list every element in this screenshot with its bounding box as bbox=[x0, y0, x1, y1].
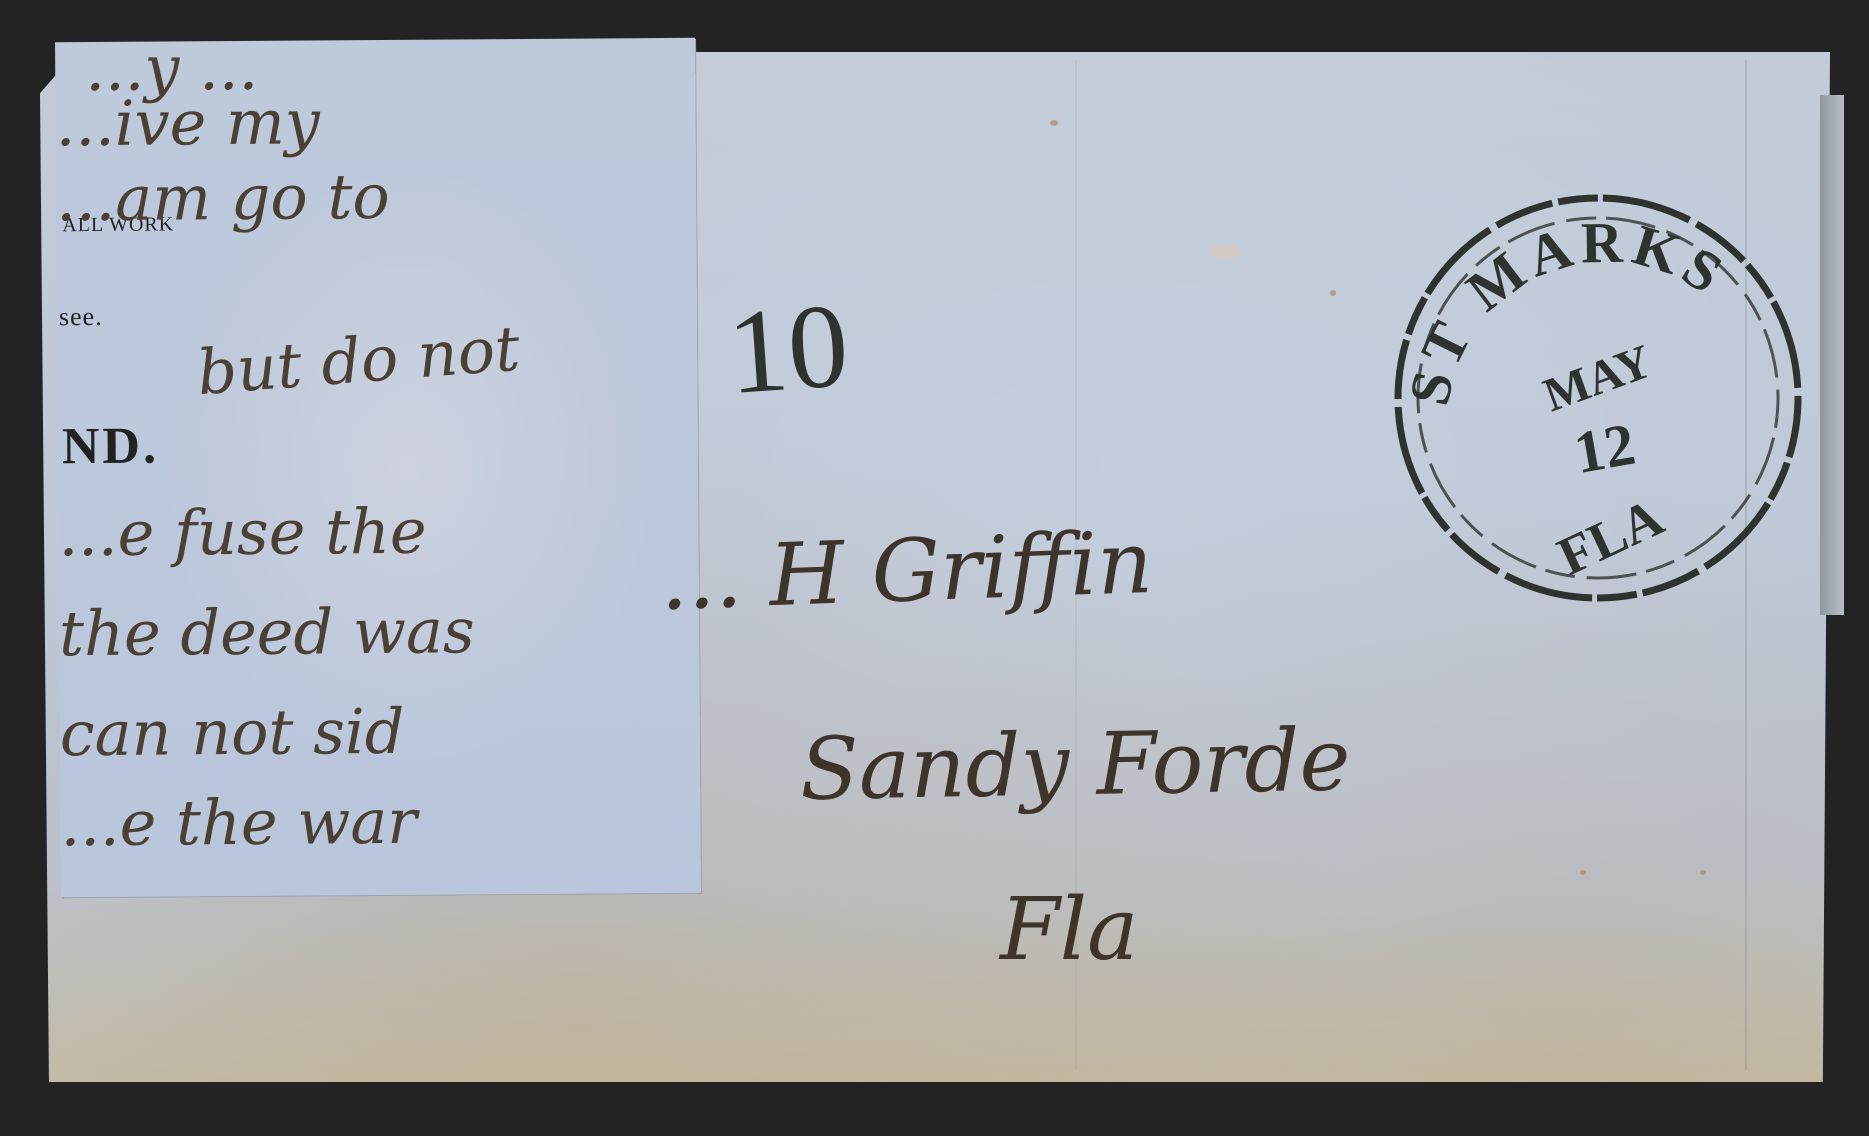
handwriting-line: ...e the war bbox=[60, 785, 417, 860]
address-town: Sandy Forde bbox=[799, 710, 1351, 820]
address-state: Fla bbox=[1000, 880, 1138, 980]
printed-text-nd: ND. bbox=[62, 417, 160, 477]
handwriting-line: can not sid bbox=[60, 695, 405, 770]
postmark-state: FLA bbox=[1549, 487, 1672, 587]
addressee-name: ... H Griffin bbox=[658, 513, 1154, 630]
paper-spot bbox=[1330, 290, 1336, 296]
handwriting-line: ...am go to bbox=[56, 160, 390, 235]
handwriting-line: ...ive my bbox=[55, 85, 320, 160]
postmark-month: MAY bbox=[1537, 335, 1659, 423]
handwriting-line: but do not bbox=[195, 312, 523, 410]
paper-spot bbox=[1210, 245, 1240, 259]
paper-spot bbox=[1700, 870, 1706, 875]
postmark-day: 12 bbox=[1569, 411, 1640, 486]
postmark-stamp: ST MARKS MAY 12 FLA bbox=[1378, 168, 1818, 608]
handwriting-line: ...e fuse the bbox=[58, 495, 427, 571]
rate-marking: 10 bbox=[723, 276, 852, 422]
handwriting-line: the deed was bbox=[59, 594, 475, 670]
printed-slip: ALL WORK see. ND. ...y ... ...ive my ...… bbox=[55, 38, 701, 897]
printed-text-see: see. bbox=[59, 302, 103, 332]
paper-spot bbox=[1580, 870, 1586, 875]
cover-edge-flap bbox=[1820, 95, 1844, 615]
paper-spot bbox=[1050, 120, 1058, 126]
